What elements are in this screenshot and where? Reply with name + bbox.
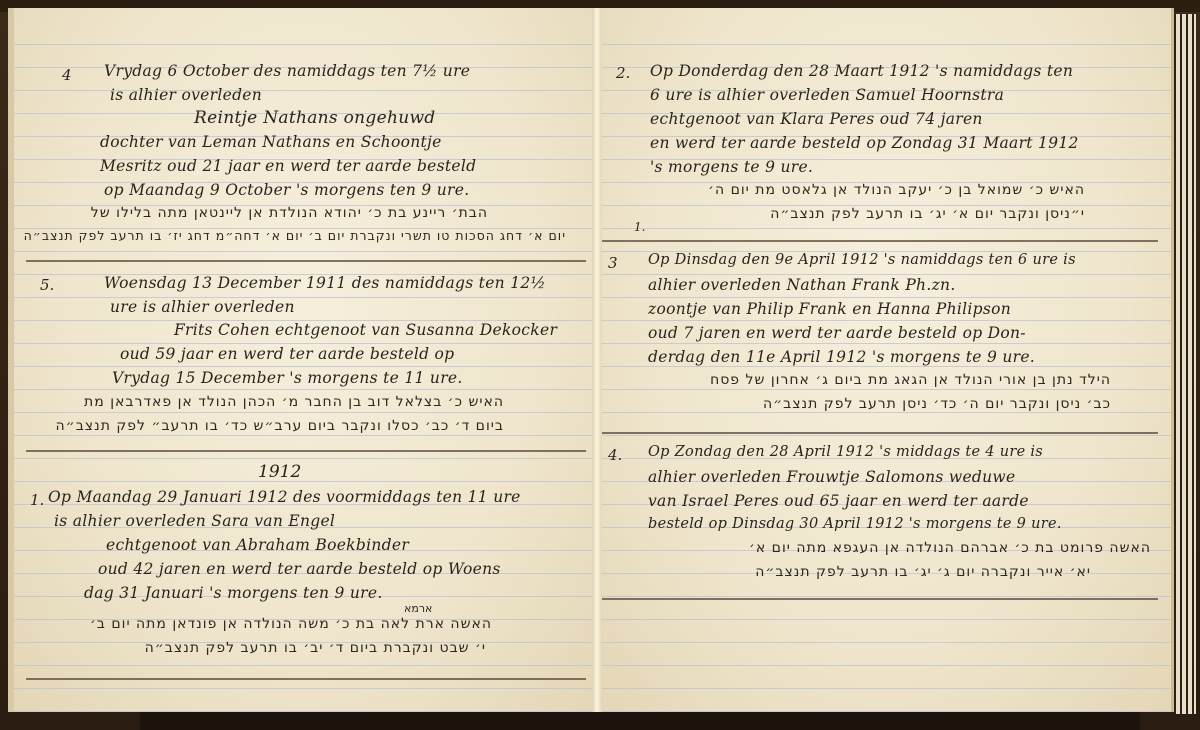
- entry-text-line: Vrydag 6 October des namiddags ten 7½ ur…: [104, 62, 470, 80]
- hebrew-text-line: הבת׳ ריינע בת כ׳ יהודא הנולדת אן ליינטאן…: [91, 205, 488, 221]
- margin-mark: 1.: [634, 220, 645, 234]
- hebrew-text-line: י׳ שבט ונקברת ביום ד׳ יב׳ בו תרעב לפק תנ…: [145, 640, 486, 656]
- entry-text-line: echtgenoot van Klara Peres oud 74 jaren: [650, 110, 983, 128]
- right-page: 2. Op Donderdag den 28 Maart 1912 's nam…: [598, 8, 1174, 712]
- hebrew-text-line: האיש כ׳ בצלאל דוב בן החבר מ׳ הכהן הנולד …: [84, 394, 504, 410]
- entry-text-line: oud 42 jaren en werd ter aarde besteld o…: [98, 560, 501, 578]
- entry-text-line: oud 59 jaar en werd ter aarde besteld op: [120, 345, 454, 363]
- hebrew-text-line: יום א׳ דחג הסכות טו תשרי ונקברת יום ב׳ י…: [24, 228, 566, 243]
- entry-text-line: Op Zondag den 28 April 1912 's middags t…: [648, 444, 1043, 460]
- entry-text-line: alhier overleden Nathan Frank Ph.zn.: [648, 276, 956, 294]
- hebrew-text-line: ביום ד׳ כב׳ כסלו ונקבר ביום ערב״ש כד׳ בו…: [56, 418, 504, 434]
- deceased-name: Frits Cohen echtgenoot van Susanna Dekoc…: [174, 321, 557, 339]
- entry-text-line: 's morgens te 9 ure.: [650, 158, 813, 176]
- entry-text-line: 6 ure is alhier overleden Samuel Hoornst…: [650, 86, 1004, 104]
- entry-text-line: oud 7 jaren en werd ter aarde besteld op…: [648, 324, 1026, 342]
- entry-text-line: ure is alhier overleden: [110, 298, 295, 316]
- hebrew-text-line: יא׳ אייר ונקברה יום ג׳ יג׳ בו תרעב לפק ת…: [755, 564, 1091, 580]
- entry-number: 2.: [616, 64, 630, 82]
- entry-number: 4: [62, 66, 72, 84]
- hebrew-text-line: האשה ארת לאה בת כ׳ משה הנולדה אן פונדאן …: [90, 616, 492, 632]
- entry-text-line: Op Maandag 29 Januari 1912 des voormidda…: [48, 488, 521, 506]
- entry-separator: [26, 678, 586, 680]
- entry-text-line: zoontje van Philip Frank en Hanna Philip…: [648, 300, 1011, 318]
- entry-text-line: Mesritz oud 21 jaar en werd ter aarde be…: [100, 157, 476, 175]
- entry-text-line: dochter van Leman Nathans en Schoontje: [100, 133, 442, 151]
- hebrew-text-line: האיש כ׳ שמואל בן כ׳ יעקב הנולד אן גלאסט …: [708, 182, 1085, 198]
- entry-text-line: op Maandag 9 October 's morgens ten 9 ur…: [104, 181, 469, 199]
- entry-number: 1.: [30, 491, 44, 509]
- entry-text-line: derdag den 11e April 1912 's morgens te …: [648, 348, 1035, 366]
- entry-text-line: Woensdag 13 December 1911 des namiddags …: [104, 274, 546, 292]
- entry-text-line: Vrydag 15 December 's morgens te 11 ure.: [112, 369, 463, 387]
- book-cover-bottom: [140, 712, 1140, 730]
- page-edges: [1174, 14, 1196, 714]
- entry-text-line: is alhier overleden Sara van Engel: [54, 512, 335, 530]
- entry-number: 4.: [608, 446, 622, 464]
- entry-text-line: alhier overleden Frouwtje Salomons weduw…: [648, 468, 1015, 486]
- year-heading: 1912: [258, 462, 301, 482]
- entry-text-line: echtgenoot van Abraham Boekbinder: [106, 536, 409, 554]
- entry-text-line: van Israel Peres oud 65 jaar en werd ter…: [648, 492, 1029, 510]
- entry-text-line: Op Dinsdag den 9e April 1912 's namiddag…: [648, 252, 1076, 268]
- entry-text-line: dag 31 Januari 's morgens ten 9 ure.: [84, 584, 383, 602]
- entry-text-line: en werd ter aarde besteld op Zondag 31 M…: [650, 134, 1079, 152]
- entry-separator: [598, 598, 1158, 600]
- hebrew-superscript-note: ארמא: [404, 602, 432, 615]
- entry-text-line: besteld op Dinsdag 30 April 1912 's morg…: [648, 516, 1062, 532]
- entry-separator: [26, 450, 586, 452]
- open-ledger-book: 4 Vrydag 6 October des namiddags ten 7½ …: [0, 0, 1200, 730]
- hebrew-text-line: האשה פרומט בת כ׳ אברהם הנולדה אן העגפא מ…: [749, 540, 1151, 556]
- entry-text-line: is alhier overleden: [110, 86, 262, 104]
- entry-number: 5.: [40, 276, 54, 294]
- entry-number: 3: [608, 254, 618, 272]
- hebrew-text-line: הילד נתן בן אורי הנולד אן הגאג מת ביום ג…: [710, 372, 1111, 388]
- left-page: 4 Vrydag 6 October des namiddags ten 7½ …: [8, 8, 596, 712]
- entry-separator: [598, 240, 1158, 242]
- hebrew-text-line: כב׳ ניסן ונקבר יום ה׳ כד׳ ניסן תרעב לפק …: [763, 396, 1111, 412]
- entry-separator: [26, 260, 586, 262]
- entry-text-line: Op Donderdag den 28 Maart 1912 's namidd…: [650, 62, 1073, 80]
- deceased-name: Reintje Nathans ongehuwd: [194, 108, 435, 128]
- hebrew-text-line: י״ניסן ונקבר יום א׳ יג׳ בו תרעב לפק תנצב…: [770, 206, 1085, 222]
- book-gutter: [592, 8, 602, 712]
- entry-separator: [598, 432, 1158, 434]
